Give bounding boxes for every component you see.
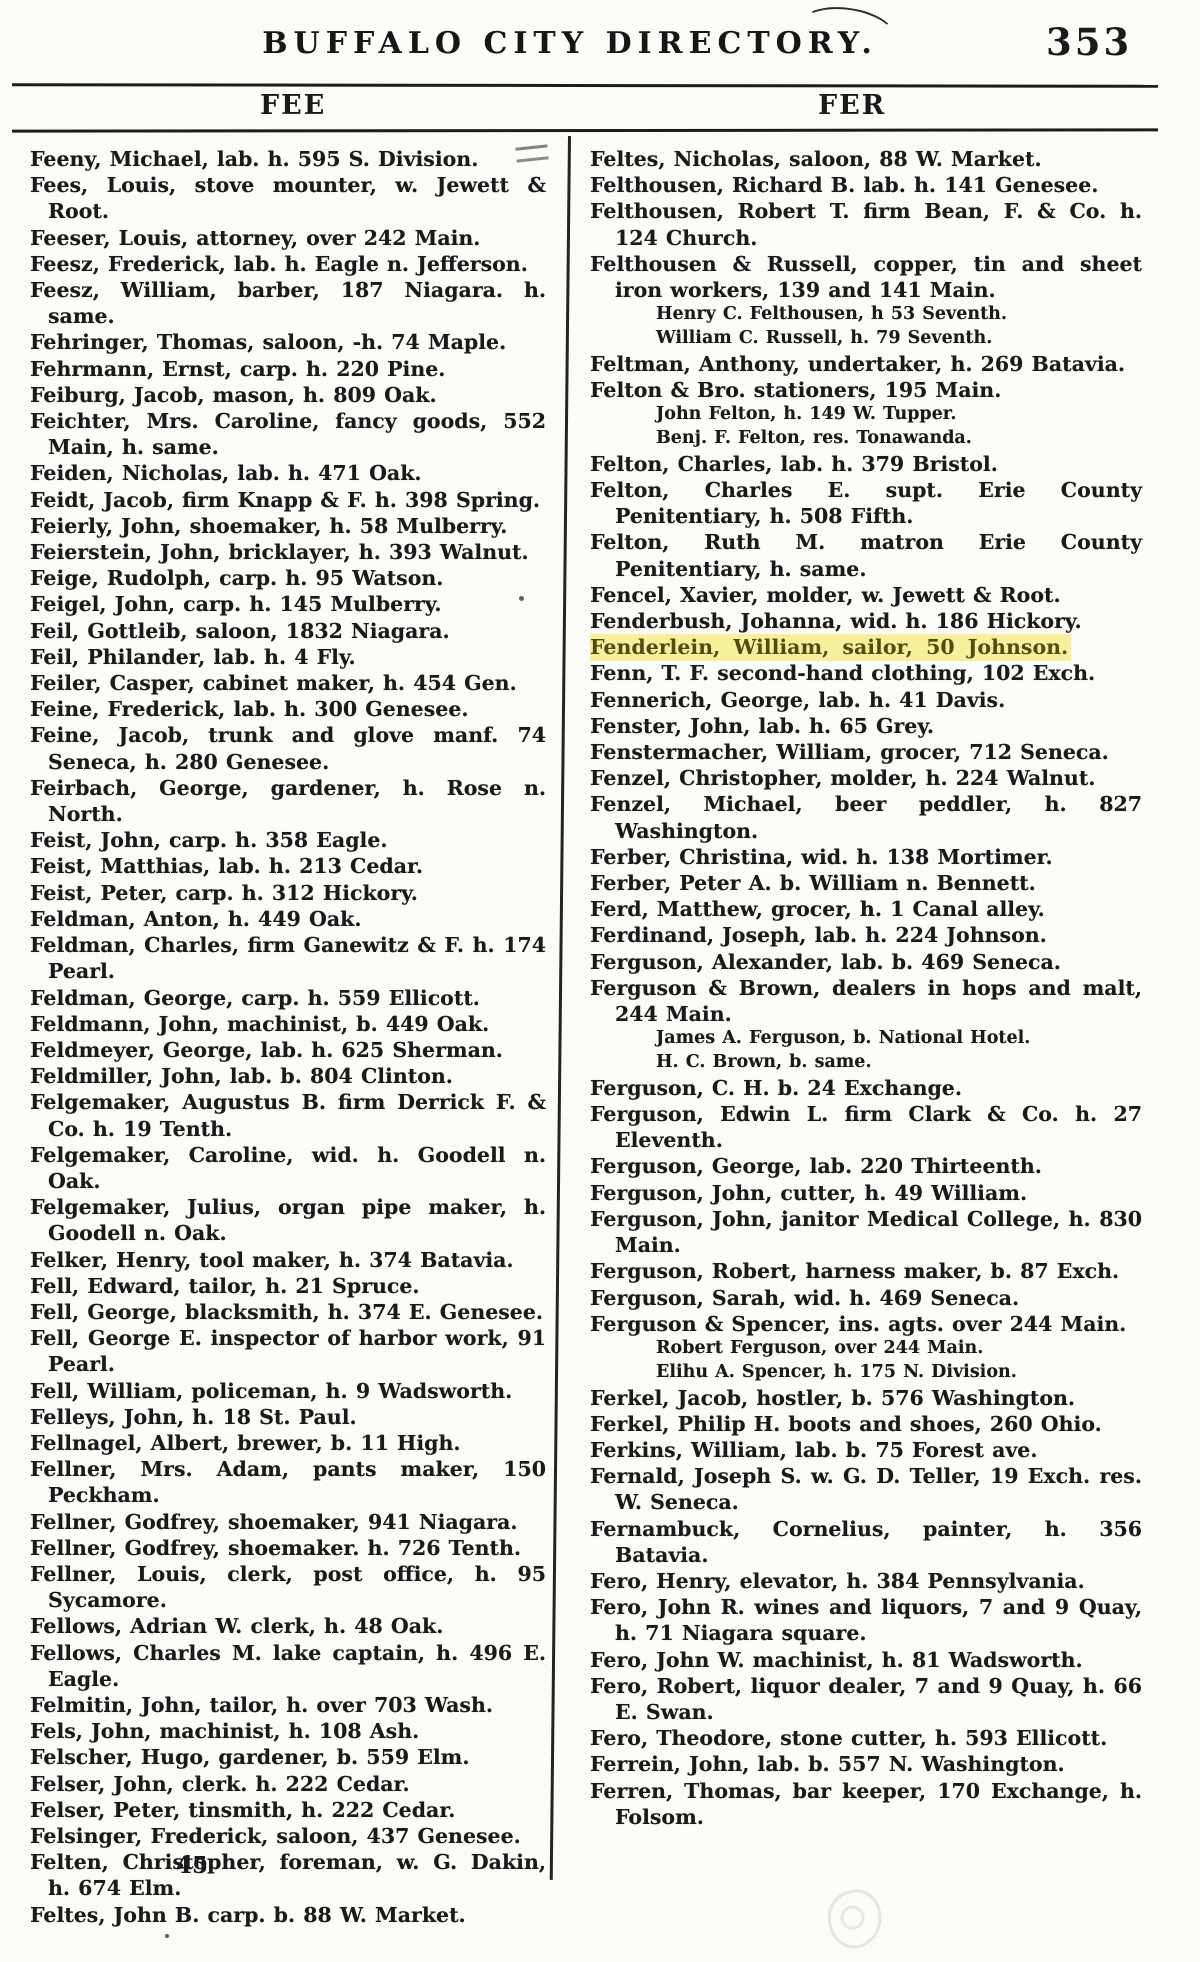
- directory-entry: Feil, Philander, lab. h. 4 Fly.: [30, 644, 546, 670]
- directory-sub-entry: Henry C. Felthousen, h 53 Seventh.: [590, 303, 1142, 327]
- page-number: 353: [1046, 20, 1132, 64]
- directory-entry: Fehringer, Thomas, saloon, -h. 74 Maple.: [30, 329, 546, 355]
- directory-entry: Ferdinand, Joseph, lab. h. 224 Johnson.: [590, 922, 1142, 948]
- directory-entry: Fels, John, machinist, h. 108 Ash.: [30, 1718, 546, 1744]
- directory-entry: Ferkel, Jacob, hostler, b. 576 Washingto…: [590, 1385, 1142, 1411]
- directory-entry: Ferguson, Alexander, lab. b. 469 Seneca.: [590, 949, 1142, 975]
- highlight-mark: Fenderlein, William, sailor, 50 Johnson.: [590, 634, 1071, 661]
- directory-entry: Felser, John, clerk. h. 222 Cedar.: [30, 1771, 546, 1797]
- directory-entry: Fernald, Joseph S. w. G. D. Teller, 19 E…: [590, 1463, 1142, 1515]
- right-column-header: FER: [818, 90, 886, 121]
- signature-number: 45: [176, 1852, 208, 1879]
- directory-entry: Fenstermacher, William, grocer, 712 Sene…: [590, 739, 1142, 765]
- directory-entry: Feiler, Casper, cabinet maker, h. 454 Ge…: [30, 670, 546, 696]
- directory-entry: Fellnagel, Albert, brewer, b. 11 High.: [30, 1430, 546, 1456]
- directory-entry: Fero, Robert, liquor dealer, 7 and 9 Qua…: [590, 1673, 1142, 1725]
- directory-entry: Fenzel, Christopher, molder, h. 224 Waln…: [590, 765, 1142, 791]
- faint-stamp-watermark: [822, 1884, 888, 1953]
- directory-entry: Feine, Frederick, lab. h. 300 Genesee.: [30, 696, 546, 722]
- directory-entry: Fencel, Xavier, molder, w. Jewett & Root…: [590, 582, 1142, 608]
- directory-entry: Ferguson, John, janitor Medical College,…: [590, 1206, 1142, 1258]
- directory-entry: Feierstein, John, bricklayer, h. 393 Wal…: [30, 539, 546, 565]
- directory-entry: Fenzel, Michael, beer peddler, h. 827 Wa…: [590, 791, 1142, 843]
- directory-entry: Fenderbush, Johanna, wid. h. 186 Hickory…: [590, 608, 1142, 634]
- directory-sub-entry: Robert Ferguson, over 244 Main.: [590, 1337, 1142, 1361]
- directory-entry: Ferguson, Edwin L. firm Clark & Co. h. 2…: [590, 1101, 1142, 1153]
- directory-entry: Feltes, Nicholas, saloon, 88 W. Market.: [590, 146, 1142, 172]
- directory-entry: Feine, Jacob, trunk and glove manf. 74 S…: [30, 722, 546, 774]
- directory-entry: Ferguson & Spencer, ins. agts. over 244 …: [590, 1311, 1142, 1337]
- directory-entry: Feierly, John, shoemaker, h. 58 Mulberry…: [30, 513, 546, 539]
- directory-entry: Ferguson, C. H. b. 24 Exchange.: [590, 1075, 1142, 1101]
- header-rule-bottom: [12, 128, 1158, 132]
- directory-entry: Feist, John, carp. h. 358 Eagle.: [30, 827, 546, 853]
- directory-sub-entry: H. C. Brown, b. same.: [590, 1051, 1142, 1075]
- directory-entry: Ferrein, John, lab. b. 557 N. Washington…: [590, 1751, 1142, 1777]
- directory-entry: Felgemaker, Caroline, wid. h. Goodell n.…: [30, 1142, 546, 1194]
- directory-entry: Feiburg, Jacob, mason, h. 809 Oak.: [30, 382, 546, 408]
- directory-entry: Fellner, Louis, clerk, post office, h. 9…: [30, 1561, 546, 1613]
- directory-entry: Feigel, John, carp. h. 145 Mulberry.: [30, 591, 546, 617]
- directory-entry: Feichter, Mrs. Caroline, fancy goods, 55…: [30, 408, 546, 460]
- directory-entry: Felten, Christopher, foreman, w. G. Daki…: [30, 1849, 546, 1901]
- directory-entry: Feidt, Jacob, firm Knapp & F. h. 398 Spr…: [30, 487, 546, 513]
- directory-entry: Felmitin, John, tailor, h. over 703 Wash…: [30, 1692, 546, 1718]
- ink-dot: [165, 1934, 169, 1938]
- directory-entry: Feltes, John B. carp. b. 88 W. Market.: [30, 1902, 546, 1928]
- directory-entry: Feige, Rudolph, carp. h. 95 Watson.: [30, 565, 546, 591]
- directory-entry: Fero, Theodore, stone cutter, h. 593 Ell…: [590, 1725, 1142, 1751]
- directory-entry: Feldman, Anton, h. 449 Oak.: [30, 906, 546, 932]
- directory-entry: Felton, Ruth M. matron Erie County Penit…: [590, 529, 1142, 581]
- directory-entry: Feltman, Anthony, undertaker, h. 269 Bat…: [590, 351, 1142, 377]
- directory-entry: Ferren, Thomas, bar keeper, 170 Exchange…: [590, 1778, 1142, 1830]
- directory-entry: Feeny, Michael, lab. h. 595 S. Division.: [30, 146, 546, 172]
- directory-entry: Felton & Bro. stationers, 195 Main.: [590, 377, 1142, 403]
- directory-entry: Fellows, Charles M. lake captain, h. 496…: [30, 1640, 546, 1692]
- directory-entry: Fellows, Adrian W. clerk, h. 48 Oak.: [30, 1613, 546, 1639]
- directory-entry: Felgemaker, Julius, organ pipe maker, h.…: [30, 1194, 546, 1246]
- directory-entry: Fero, John W. machinist, h. 81 Wadsworth…: [590, 1647, 1142, 1673]
- directory-entry: Fellner, Mrs. Adam, pants maker, 150 Pec…: [30, 1456, 546, 1508]
- directory-entry: Feesz, William, barber, 187 Niagara. h. …: [30, 277, 546, 329]
- directory-entry: Feldmann, John, machinist, b. 449 Oak.: [30, 1011, 546, 1037]
- directory-entry: Ferguson, John, cutter, h. 49 William.: [590, 1180, 1142, 1206]
- directory-entry: Fell, Edward, tailor, h. 21 Spruce.: [30, 1273, 546, 1299]
- directory-entry: Felscher, Hugo, gardener, b. 559 Elm.: [30, 1744, 546, 1770]
- directory-entry: Ferguson & Brown, dealers in hops and ma…: [590, 975, 1142, 1027]
- directory-entry: Feeser, Louis, attorney, over 242 Main.: [30, 225, 546, 251]
- directory-entry: Feil, Gottleib, saloon, 1832 Niagara.: [30, 618, 546, 644]
- directory-entry: Fees, Louis, stove mounter, w. Jewett & …: [30, 172, 546, 224]
- directory-entry: Felthousen, Robert T. firm Bean, F. & Co…: [590, 198, 1142, 250]
- directory-entry: Fell, George, blacksmith, h. 374 E. Gene…: [30, 1299, 546, 1325]
- directory-entry: Felleys, John, h. 18 St. Paul.: [30, 1404, 546, 1430]
- directory-entry: Ferguson, Sarah, wid. h. 469 Seneca.: [590, 1285, 1142, 1311]
- directory-entry: Fenster, John, lab. h. 65 Grey.: [590, 713, 1142, 739]
- directory-entry: Ferguson, Robert, harness maker, b. 87 E…: [590, 1258, 1142, 1284]
- left-column: Feeny, Michael, lab. h. 595 S. Division.…: [30, 146, 546, 1928]
- right-column: Feltes, Nicholas, saloon, 88 W. Market.F…: [590, 146, 1142, 1830]
- directory-entry: Felgemaker, Augustus B. firm Derrick F. …: [30, 1089, 546, 1141]
- column-divider-rule: [550, 136, 571, 1880]
- directory-entry: Felsinger, Frederick, saloon, 437 Genese…: [30, 1823, 546, 1849]
- directory-entry: Fellner, Godfrey, shoemaker, 941 Niagara…: [30, 1509, 546, 1535]
- directory-entry: Feiden, Nicholas, lab. h. 471 Oak.: [30, 460, 546, 486]
- page-title: BUFFALO CITY DIRECTORY.: [0, 26, 1140, 61]
- directory-entry: Fernambuck, Cornelius, painter, h. 356 B…: [590, 1516, 1142, 1568]
- left-column-header: FEE: [260, 90, 326, 121]
- directory-entry: Feist, Matthias, lab. h. 213 Cedar.: [30, 853, 546, 879]
- directory-sub-entry: William C. Russell, h. 79 Seventh.: [590, 327, 1142, 351]
- highlighted-directory-entry: Fenderlein, William, sailor, 50 Johnson.: [590, 634, 1142, 660]
- directory-sub-entry: James A. Ferguson, b. National Hotel.: [590, 1027, 1142, 1051]
- directory-sub-entry: John Felton, h. 149 W. Tupper.: [590, 403, 1142, 427]
- directory-entry: Fehrmann, Ernst, carp. h. 220 Pine.: [30, 356, 546, 382]
- directory-entry: Ferber, Christina, wid. h. 138 Mortimer.: [590, 844, 1142, 870]
- directory-entry: Ferguson, George, lab. 220 Thirteenth.: [590, 1153, 1142, 1179]
- directory-entry: Feirbach, George, gardener, h. Rose n. N…: [30, 775, 546, 827]
- directory-entry: Fero, Henry, elevator, h. 384 Pennsylvan…: [590, 1568, 1142, 1594]
- directory-entry: Felton, Charles E. supt. Erie County Pen…: [590, 477, 1142, 529]
- directory-sub-entry: Benj. F. Felton, res. Tonawanda.: [590, 427, 1142, 451]
- directory-entry: Feist, Peter, carp. h. 312 Hickory.: [30, 880, 546, 906]
- directory-entry: Fell, George E. inspector of harbor work…: [30, 1325, 546, 1377]
- directory-entry: Felthousen, Richard B. lab. h. 141 Genes…: [590, 172, 1142, 198]
- directory-entry: Feldman, George, carp. h. 559 Ellicott.: [30, 985, 546, 1011]
- directory-page: BUFFALO CITY DIRECTORY. 353 FEE FER Feen…: [0, 0, 1200, 1962]
- directory-entry: Fell, William, policeman, h. 9 Wadsworth…: [30, 1378, 546, 1404]
- directory-entry: Fellner, Godfrey, shoemaker. h. 726 Tent…: [30, 1535, 546, 1561]
- directory-entry: Felton, Charles, lab. h. 379 Bristol.: [590, 451, 1142, 477]
- ink-dot: [519, 596, 524, 601]
- directory-entry: Feldmeyer, George, lab. h. 625 Sherman.: [30, 1037, 546, 1063]
- directory-entry: Felthousen & Russell, copper, tin and sh…: [590, 251, 1142, 303]
- directory-entry: Fenn, T. F. second-hand clothing, 102 Ex…: [590, 660, 1142, 686]
- directory-entry: Ferkins, William, lab. b. 75 Forest ave.: [590, 1437, 1142, 1463]
- directory-sub-entry: Elihu A. Spencer, h. 175 N. Division.: [590, 1361, 1142, 1385]
- directory-entry: Ferber, Peter A. b. William n. Bennett.: [590, 870, 1142, 896]
- directory-entry: Feldman, Charles, firm Ganewitz & F. h. …: [30, 932, 546, 984]
- header-rule-top: [12, 83, 1158, 88]
- directory-entry: Feesz, Frederick, lab. h. Eagle n. Jeffe…: [30, 251, 546, 277]
- directory-entry: Ferkel, Philip H. boots and shoes, 260 O…: [590, 1411, 1142, 1437]
- directory-entry: Ferd, Matthew, grocer, h. 1 Canal alley.: [590, 896, 1142, 922]
- directory-entry: Fennerich, George, lab. h. 41 Davis.: [590, 687, 1142, 713]
- directory-entry: Feldmiller, John, lab. b. 804 Clinton.: [30, 1063, 546, 1089]
- directory-entry: Fero, John R. wines and liquors, 7 and 9…: [590, 1594, 1142, 1646]
- directory-entry: Felser, Peter, tinsmith, h. 222 Cedar.: [30, 1797, 546, 1823]
- directory-entry: Felker, Henry, tool maker, h. 374 Batavi…: [30, 1247, 546, 1273]
